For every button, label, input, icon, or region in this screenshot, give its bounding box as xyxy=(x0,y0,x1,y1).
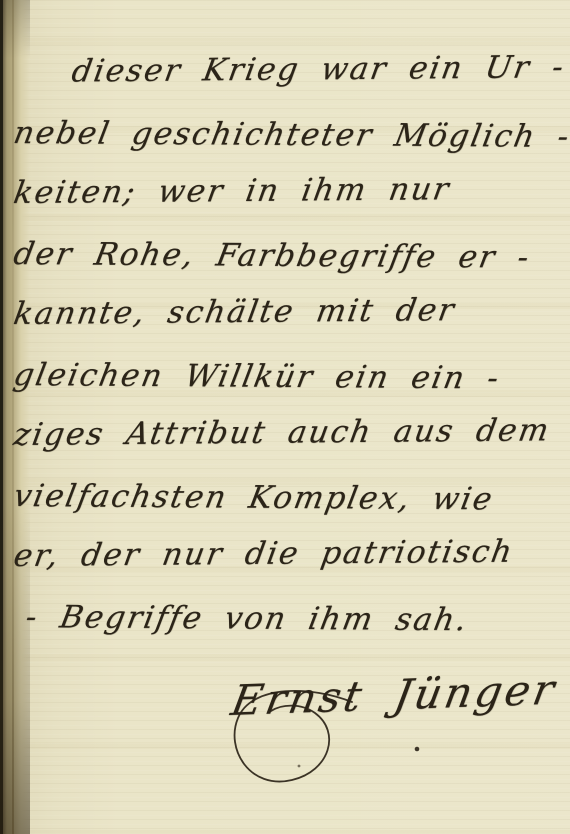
manuscript-photo: dieser Krieg war ein Ur - nebel geschich… xyxy=(0,0,570,834)
handwriting-line-4: der Rohe, Farbbegriffe er - xyxy=(8,224,568,288)
handwriting-line-7: ziges Attribut auch aus dem xyxy=(9,400,570,465)
handwriting-line-8: vielfachsten Komplex, wie xyxy=(8,466,568,530)
handwriting-line-5: kannte, schälte mit der xyxy=(9,279,570,344)
handwriting-text-block: dieser Krieg war ein Ur - nebel geschich… xyxy=(14,42,564,647)
handwriting-line-6: gleichen Willkür ein ein - xyxy=(8,345,568,409)
handwriting-line-9: er, der nur die patriotisch xyxy=(9,521,570,586)
handwriting-line-1: dieser Krieg war ein Ur - xyxy=(9,37,570,102)
handwriting-line-2: nebel geschichteter Möglich - xyxy=(8,103,568,167)
handwriting-line-10: - Begriffe von ihm sah. xyxy=(8,587,568,651)
handwriting-line-3: keiten; wer in ihm nur xyxy=(9,158,570,223)
